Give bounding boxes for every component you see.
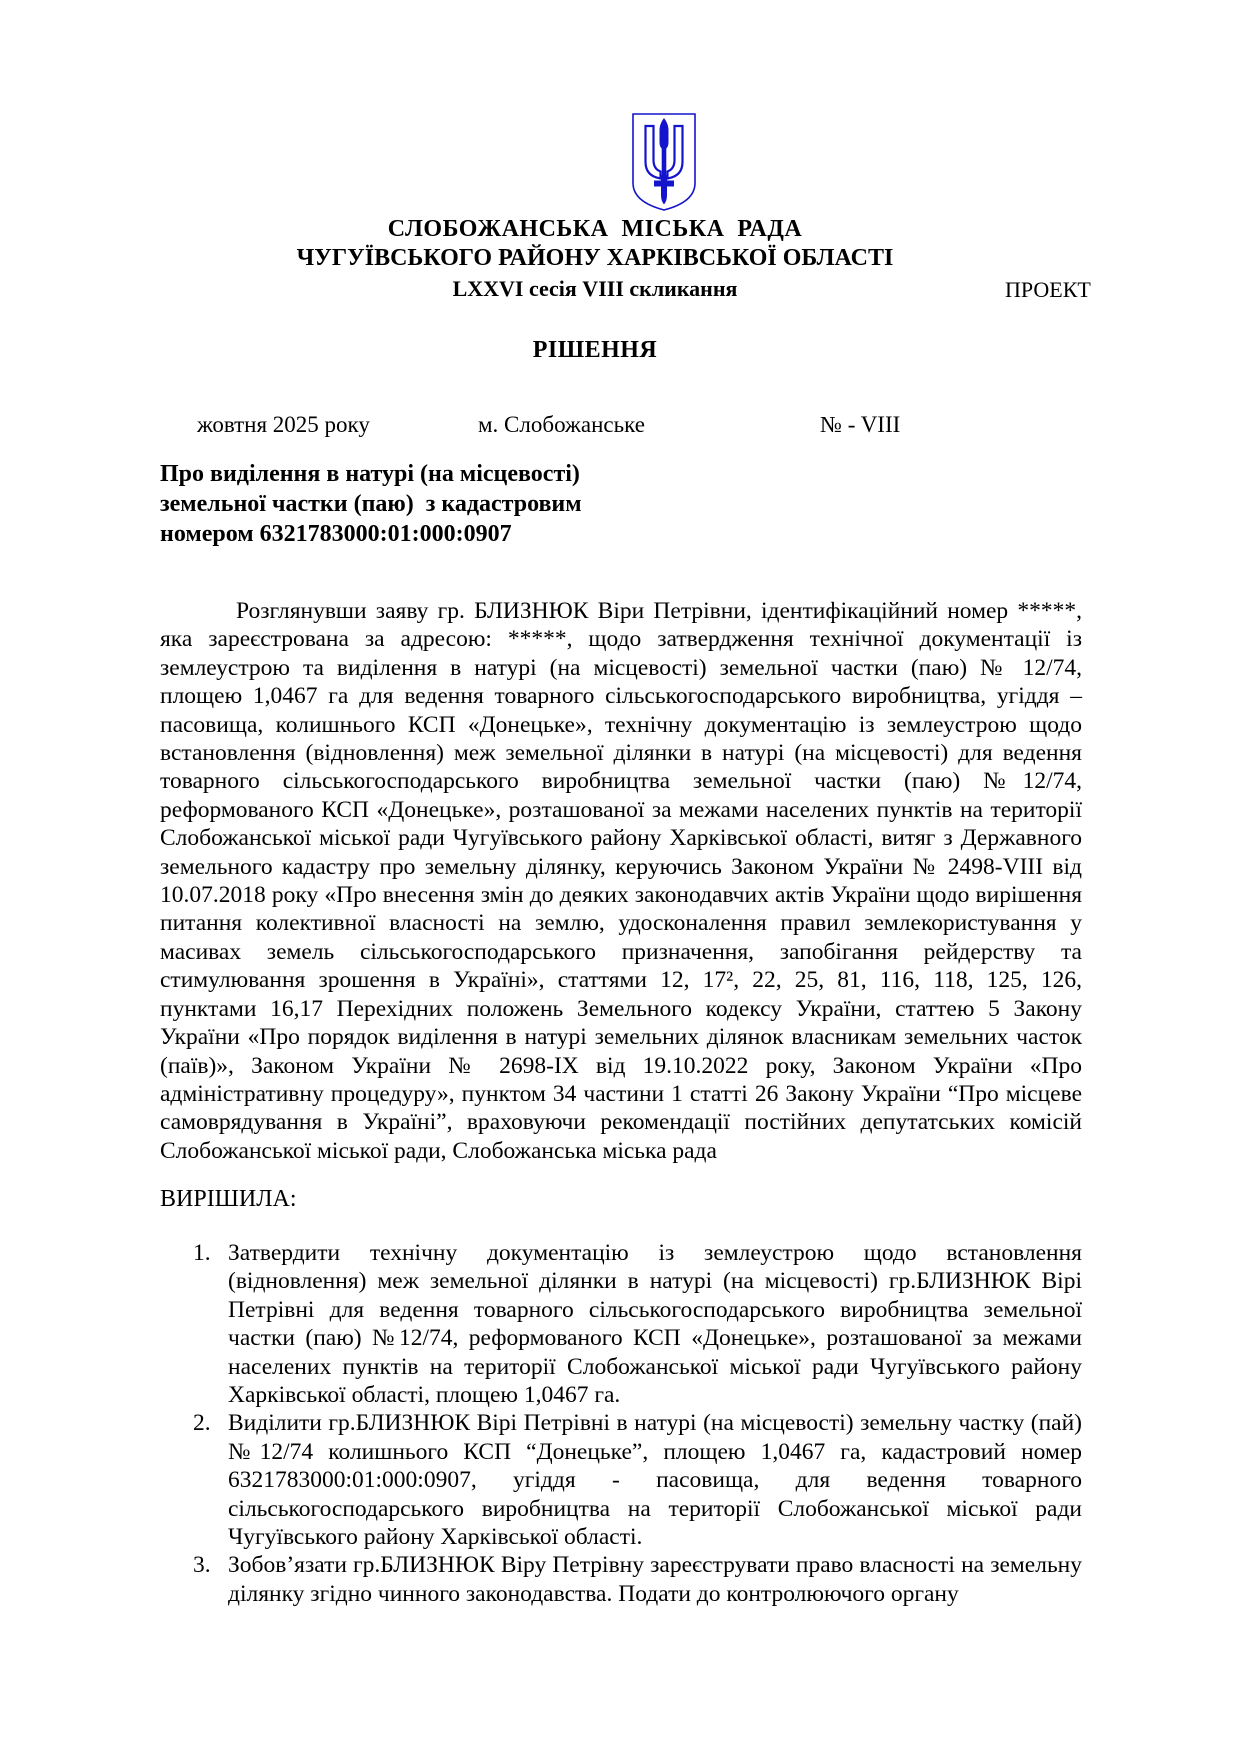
subject-line-3: номером 6321783000:01:000:0907: [160, 521, 512, 547]
session-line: LXXVI сесія VIII скликання: [135, 276, 1055, 302]
decision-document-page: СЛОБОЖАНСЬКА МІСЬКА РАДА ЧУГУЇВСЬКОГО РА…: [0, 0, 1240, 1754]
document-type-title: РІШЕННЯ: [135, 337, 1055, 364]
decision-date: жовтня 2025 року: [197, 412, 370, 438]
decision-place: м. Слобожанське: [478, 412, 645, 438]
item-text: Затвердити технічну документацію із земл…: [228, 1239, 1082, 1409]
item-number: 3.: [160, 1551, 228, 1608]
resolution-item-3: 3. Зобов’язати гр.БЛИЗНЮК Віру Петрівну …: [160, 1551, 1082, 1608]
draft-label: ПРОЕКТ: [1005, 277, 1091, 303]
resolution-list: 1. Затвердити технічну документацію із з…: [160, 1239, 1082, 1608]
item-text: Виділити гр.БЛИЗНЮК Вірі Петрівні в нату…: [228, 1409, 1082, 1551]
subject-line-2: земельної частки (паю) з кадастровим: [160, 491, 582, 517]
council-name: СЛОБОЖАНСЬКА МІСЬКА РАДА: [135, 216, 1055, 243]
resolution-item-2: 2. Виділити гр.БЛИЗНЮК Вірі Петрівні в н…: [160, 1409, 1082, 1551]
item-text: Зобов’язати гр.БЛИЗНЮК Віру Петрівну зар…: [228, 1551, 1082, 1608]
subject-line-1: Про виділення в натурі (на місцевості): [160, 461, 580, 487]
ukraine-trident-icon: [630, 112, 698, 214]
district-name: ЧУГУЇВСЬКОГО РАЙОНУ ХАРКІВСЬКОЇ ОБЛАСТІ: [135, 245, 1055, 272]
preamble-paragraph: Розглянувши заяву гр. БЛИЗНЮК Віри Петрі…: [160, 597, 1082, 1165]
resolution-item-1: 1. Затвердити технічну документацію із з…: [160, 1239, 1082, 1409]
emblem-trident: [654, 118, 674, 205]
decision-number: № - VIII: [820, 412, 900, 438]
decision-subject: Про виділення в натурі (на місцевості) з…: [160, 459, 582, 549]
item-number: 2.: [160, 1409, 228, 1551]
resolved-label: ВИРІШИЛА:: [160, 1186, 297, 1213]
item-number: 1.: [160, 1239, 228, 1409]
